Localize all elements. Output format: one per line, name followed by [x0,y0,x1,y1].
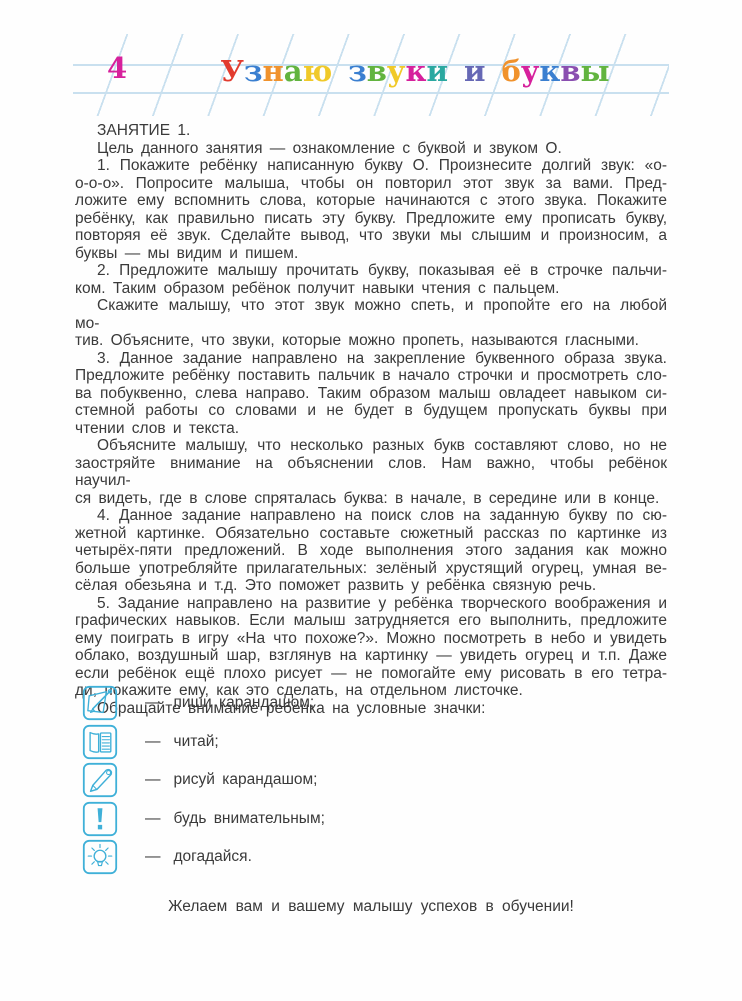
text-line: четырёх-пяти предложений. В ходе выполне… [75,542,667,560]
title-letter: и [464,55,486,88]
text-line: буквы — мы видим и пишем. [75,245,667,263]
open-book-icon [82,724,118,760]
legend-label: будь внимательным; [174,810,325,828]
legend-item: —пиши карандашом; [82,684,642,723]
footer-wish: Желаем вам и вашему малышу успехов в обу… [75,898,667,916]
text-line: 3. Данное задание направлено на закрепле… [75,350,667,368]
title-letter: в [560,55,580,88]
text-line: ему поиграть в игру «На что похоже?». Мо… [75,630,667,648]
text-line: ся видеть, где в слове спряталась буква:… [75,490,667,508]
text-line: ва побуквенно, слева направо. Таким обра… [75,385,667,403]
exclamation-icon [82,801,118,837]
legend-item: —читай; [82,723,642,762]
light-bulb-icon [82,839,118,875]
legend-label: догадайся. [174,848,252,866]
page-title: Узнаюзвукиибуквы [73,55,669,88]
title-letter: з [348,55,367,88]
text-line: жетной картинке. Обязательно составьте с… [75,525,667,543]
title-word: и [464,55,486,88]
title-letter: ы [581,55,610,88]
pencil-icon [82,762,118,798]
legend: —пиши карандашом;—читай;—рисуй карандашо… [82,684,642,877]
legend-dash: — [145,733,161,751]
title-letter: н [262,55,283,88]
text-line: сёлая обезьяна и т.д. Это поможет развит… [75,577,667,595]
title-letter: и [426,55,448,88]
title-letter: у [521,55,540,88]
title-letter: у [387,55,406,88]
text-line: 1. Покажите ребёнку написанную букву О. … [75,157,667,175]
title-letter: ю [303,55,333,88]
title-letter: У [220,55,244,88]
page-header: 4 Узнаюзвукиибуквы [73,34,669,116]
text-line: повторяя её звук. Сделайте вывод, что зв… [75,227,667,245]
text-line: заостряйте внимание на объяснении слов. … [75,455,667,490]
text-line: чтении слов и текста. [75,420,667,438]
text-line: больше употребляйте прилагательных: зелё… [75,560,667,578]
title-word: буквы [501,55,609,88]
body-text: ЗАНЯТИЕ 1.Цель данного занятия — ознаком… [75,122,667,717]
title-word: звуки [348,55,448,88]
legend-item: —рисуй карандашом; [82,761,642,800]
pencil-notebook-icon [82,685,118,721]
book-page: 4 Узнаюзвукиибуквы ЗАНЯТИЕ 1.Цель данног… [0,0,742,1001]
legend-label: рисуй карандашом; [174,771,318,789]
legend-item: —догадайся. [82,838,642,877]
title-letter: к [539,55,560,88]
legend-label: пиши карандашом; [174,694,315,712]
text-line: облако, воздушный шар, взглянув на карти… [75,647,667,665]
text-line: ребёнку, как правильно писать эту букву.… [75,210,667,228]
text-line: если ребёнок ещё плохо рисует — не помог… [75,665,667,683]
text-line: ЗАНЯТИЕ 1. [75,122,667,140]
title-letter: к [406,55,427,88]
title-letter: в [367,55,387,88]
text-line: о-о-о». Попросите малыша, чтобы он повто… [75,175,667,193]
text-line: Цель данного занятия — ознакомление с бу… [75,140,667,158]
legend-item: —будь внимательным; [82,800,642,839]
text-line: графических навыков. Если малыш затрудня… [75,612,667,630]
ruled-line [73,92,669,94]
legend-label: читай; [174,733,219,751]
text-line: Объясните малышу, что несколько разных б… [75,437,667,455]
legend-dash: — [145,694,161,712]
title-letter: з [244,55,263,88]
text-line: 5. Задание направлено на развитие у ребё… [75,595,667,613]
legend-dash: — [145,771,161,789]
text-line: Предложите ребёнку поставить пальчик в н… [75,367,667,385]
text-line: Скажите малышу, что этот звук можно спет… [75,297,667,332]
text-line: тив. Объясните, что звуки, которые можно… [75,332,667,350]
text-line: ложите ему вспомнить слова, которые начи… [75,192,667,210]
legend-dash: — [145,848,161,866]
legend-dash: — [145,810,161,828]
text-line: ком. Таким образом ребёнок получит навык… [75,280,667,298]
text-line: 4. Данное задание направлено на поиск сл… [75,507,667,525]
title-word: Узнаю [220,55,332,88]
title-letter: а [284,55,303,88]
title-letter: б [501,55,520,88]
text-line: 2. Предложите малышу прочитать букву, по… [75,262,667,280]
text-line: стемной работы со словами и не будет в б… [75,402,667,420]
